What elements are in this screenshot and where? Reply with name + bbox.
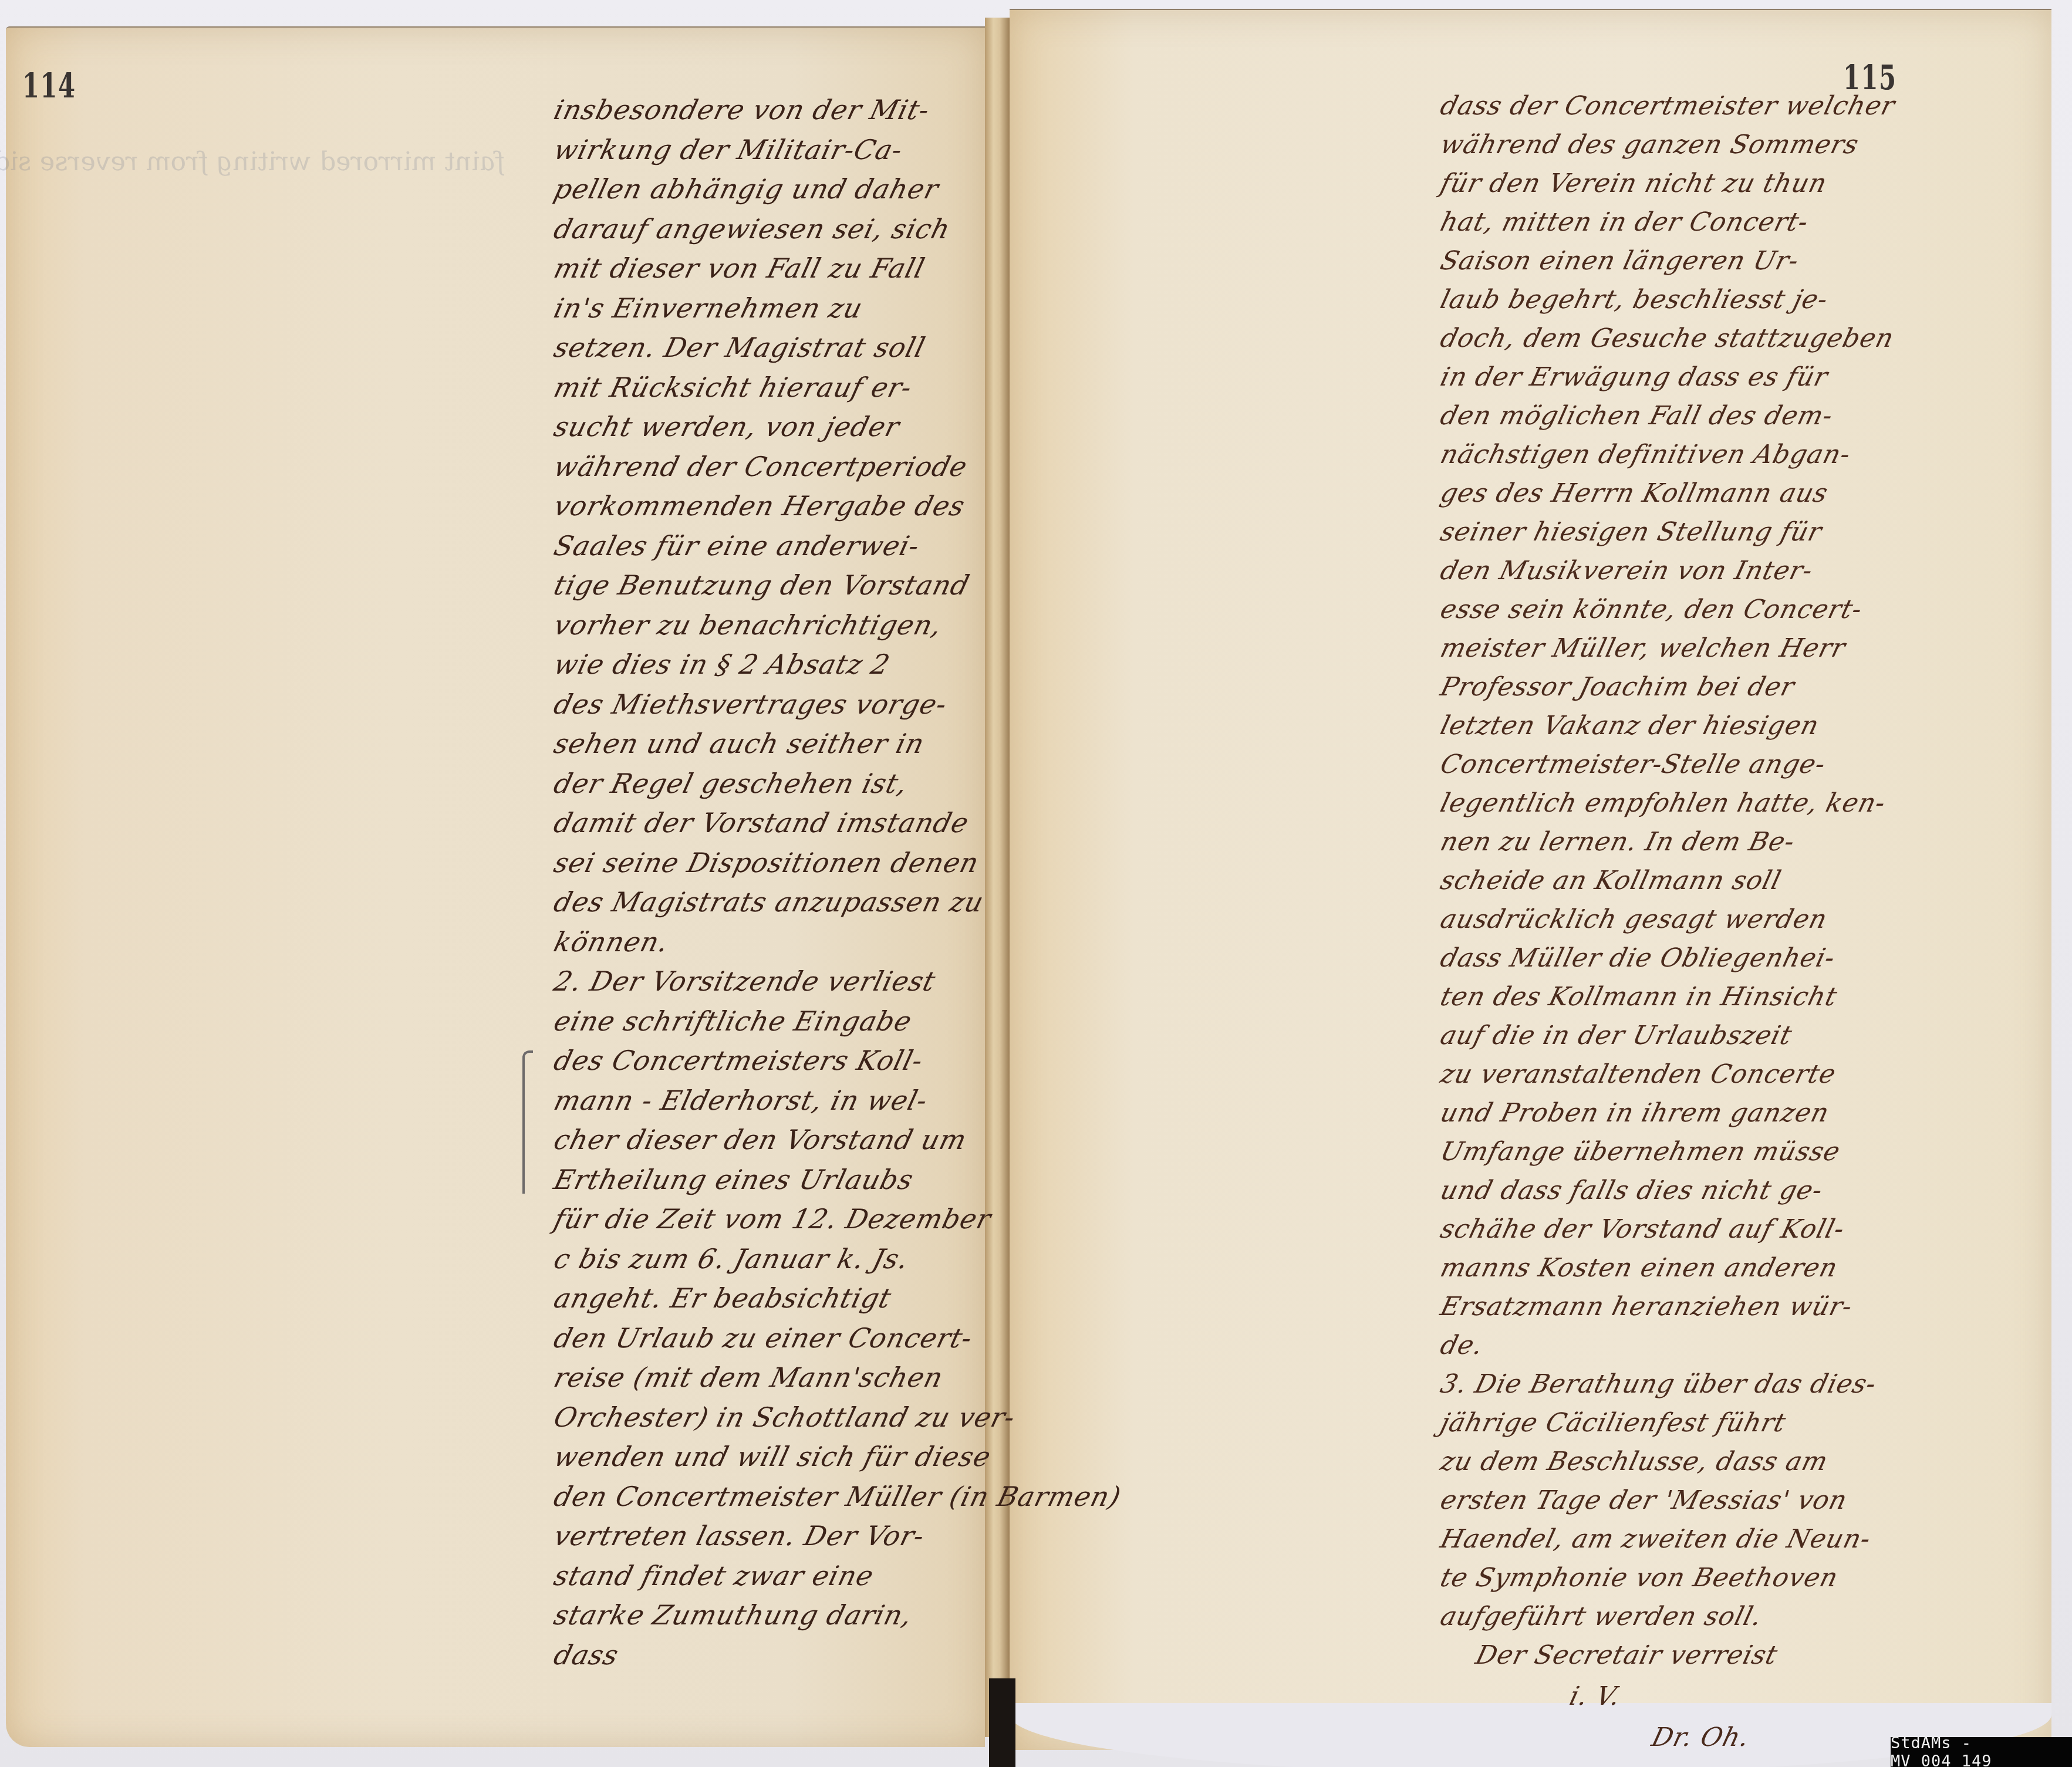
manuscript-line: mit dieser von Fall zu Fall <box>551 252 928 284</box>
manuscript-line: Dr. Oh. <box>1649 1722 1753 1752</box>
manuscript-line: legentlich empfohlen hatte, ken- <box>1437 788 1889 818</box>
manuscript-line: ausdrücklich gesagt werden <box>1437 904 1831 934</box>
manuscript-line: wie dies in § 2 Absatz 2 <box>551 648 893 680</box>
manuscript-line: manns Kosten einen anderen <box>1437 1253 1841 1283</box>
manuscript-line: Saison einen längeren Ur- <box>1437 246 1803 276</box>
manuscript-line: sei seine Dispositionen denen <box>551 847 982 879</box>
manuscript-line: jährige Cäcilienfest führt <box>1437 1408 1790 1438</box>
manuscript-line: zu veranstaltenden Concerte <box>1437 1059 1840 1089</box>
manuscript-line: de. <box>1437 1330 1487 1360</box>
manuscript-line: dass der Concertmeister welcher <box>1437 91 1898 121</box>
manuscript-line: 3. Die Berathung über das dies- <box>1437 1369 1880 1399</box>
manuscript-line: Umfange übernehmen müsse <box>1437 1137 1844 1167</box>
manuscript-line: wirkung der Militair-Ca- <box>551 134 906 165</box>
manuscript-line: und Proben in ihrem ganzen <box>1437 1098 1833 1128</box>
manuscript-line: hat, mitten in der Concert- <box>1437 207 1812 237</box>
manuscript-line: cher dieser den Vorstand um <box>551 1124 970 1156</box>
manuscript-line: Saales für eine anderwei- <box>551 530 923 562</box>
manuscript-line: dass <box>551 1639 622 1671</box>
manuscript-line: zu dem Beschlusse, dass am <box>1437 1447 1831 1477</box>
manuscript-line: des Miethsvertrages vorge- <box>551 688 950 720</box>
manuscript-line: während der Concertperiode <box>551 451 971 482</box>
manuscript-line: damit der Vorstand imstande <box>551 807 972 839</box>
manuscript-line: mit Rücksicht hierauf er- <box>551 371 916 403</box>
page-number-left: 114 <box>22 66 76 106</box>
manuscript-line: Concertmeister-Stelle ange- <box>1437 749 1829 779</box>
manuscript-line: aufgeführt werden soll. <box>1437 1602 1766 1631</box>
manuscript-line: des Magistrats anzupassen zu <box>551 886 987 918</box>
manuscript-line: schähe der Vorstand auf Koll- <box>1437 1214 1848 1244</box>
manuscript-line: c bis zum 6. Januar k. Js. <box>551 1243 912 1275</box>
manuscript-line: setzen. Der Magistrat soll <box>551 332 929 363</box>
manuscript-line: letzten Vakanz der hiesigen <box>1437 711 1823 741</box>
manuscript-line: den Urlaub zu einer Concert- <box>551 1322 976 1354</box>
manuscript-line: laub begehrt, beschliesst je- <box>1437 285 1831 315</box>
manuscript-line: sucht werden, von jeder <box>551 411 903 442</box>
manuscript-line: Professor Joachim bei der <box>1437 672 1798 702</box>
manuscript-line: den Concertmeister Müller (in Barmen) <box>551 1481 1124 1512</box>
manuscript-line: können. <box>551 926 672 958</box>
manuscript-line: nächstigen definitiven Abgan- <box>1437 440 1854 469</box>
manuscript-line: darauf angewiesen sei, sich <box>551 213 954 245</box>
manuscript-line: und dass falls dies nicht ge- <box>1437 1175 1826 1205</box>
manuscript-line: esse sein könnte, den Concert- <box>1437 594 1866 624</box>
spine-shadow <box>989 1678 1015 1767</box>
manuscript-line: auf die in der Urlaubszeit <box>1437 1021 1796 1050</box>
manuscript-line: in's Einvernehmen zu <box>551 292 866 324</box>
manuscript-line: den Musikverein von Inter- <box>1437 556 1816 586</box>
manuscript-line: Haendel, am zweiten die Neun- <box>1437 1524 1874 1554</box>
margin-bracket-mark <box>522 1050 533 1194</box>
manuscript-line: ersten Tage der 'Messias' von <box>1437 1485 1851 1515</box>
manuscript-line: 2. Der Vorsitzende verliest <box>551 965 939 997</box>
manuscript-line: i. V. <box>1567 1681 1624 1711</box>
manuscript-line: wenden und will sich für diese <box>551 1441 994 1472</box>
manuscript-line: reise (mit dem Mann'schen <box>551 1361 946 1393</box>
manuscript-line: seiner hiesigen Stellung für <box>1437 517 1825 547</box>
manuscript-line: doch, dem Gesuche stattzugeben <box>1437 323 1897 353</box>
manuscript-line: insbesondere von der Mit- <box>551 94 933 126</box>
manuscript-line: den möglichen Fall des dem- <box>1437 401 1837 431</box>
manuscript-line: starke Zumuthung darin, <box>551 1599 916 1631</box>
manuscript-line: für die Zeit vom 12. Dezember <box>551 1203 994 1235</box>
manuscript-line: vorher zu benachrichtigen, <box>551 609 945 641</box>
archive-label: StdAMs - MV_004_149 <box>1891 1737 2072 1767</box>
book-gutter <box>985 18 1010 1737</box>
bleedthrough-left: faint mirrored writing from reverse side <box>33 147 508 177</box>
manuscript-line: Der Secretair verreist <box>1473 1640 1781 1670</box>
manuscript-line: meister Müller, welchen Herr <box>1437 633 1849 663</box>
manuscript-line: tige Benutzung den Vorstand <box>551 569 973 601</box>
manuscript-line: ten des Kollmann in Hinsicht <box>1437 982 1841 1012</box>
manuscript-line: stand findet zwar eine <box>551 1560 877 1592</box>
manuscript-line: Ertheilung eines Urlaubs <box>551 1164 917 1195</box>
manuscript-line: angeht. Er beabsichtigt <box>551 1282 895 1314</box>
manuscript-line: te Symphonie von Beethoven <box>1437 1563 1841 1593</box>
manuscript-line: mann - Elderhorst, in wel- <box>551 1084 931 1116</box>
manuscript-line: für den Verein nicht zu thun <box>1437 168 1830 198</box>
manuscript-line: ges des Herrn Kollmann aus <box>1437 478 1831 508</box>
manuscript-line: des Concertmeisters Koll- <box>551 1045 926 1076</box>
manuscript-line: nen zu lernen. In dem Be- <box>1437 827 1798 857</box>
manuscript-line: Orchester) in Schottland zu ver- <box>551 1401 1018 1433</box>
manuscript-line: vorkommenden Hergabe des <box>551 490 968 522</box>
manuscript-line: in der Erwägung dass es für <box>1437 362 1831 392</box>
manuscript-line: eine schriftliche Eingabe <box>551 1005 915 1037</box>
manuscript-line: sehen und auch seither in <box>551 728 928 759</box>
manuscript-line: dass Müller die Obliegenhei- <box>1437 943 1838 973</box>
manuscript-line: der Regel geschehen ist, <box>551 768 911 799</box>
manuscript-line: scheide an Kollmann soll <box>1437 866 1784 896</box>
manuscript-line: vertreten lassen. Der Vor- <box>551 1520 928 1552</box>
manuscript-line: Ersatzmann heranziehen wür- <box>1437 1292 1856 1322</box>
manuscript-line: während des ganzen Sommers <box>1437 130 1862 160</box>
manuscript-line: pellen abhängig und daher <box>551 173 942 205</box>
